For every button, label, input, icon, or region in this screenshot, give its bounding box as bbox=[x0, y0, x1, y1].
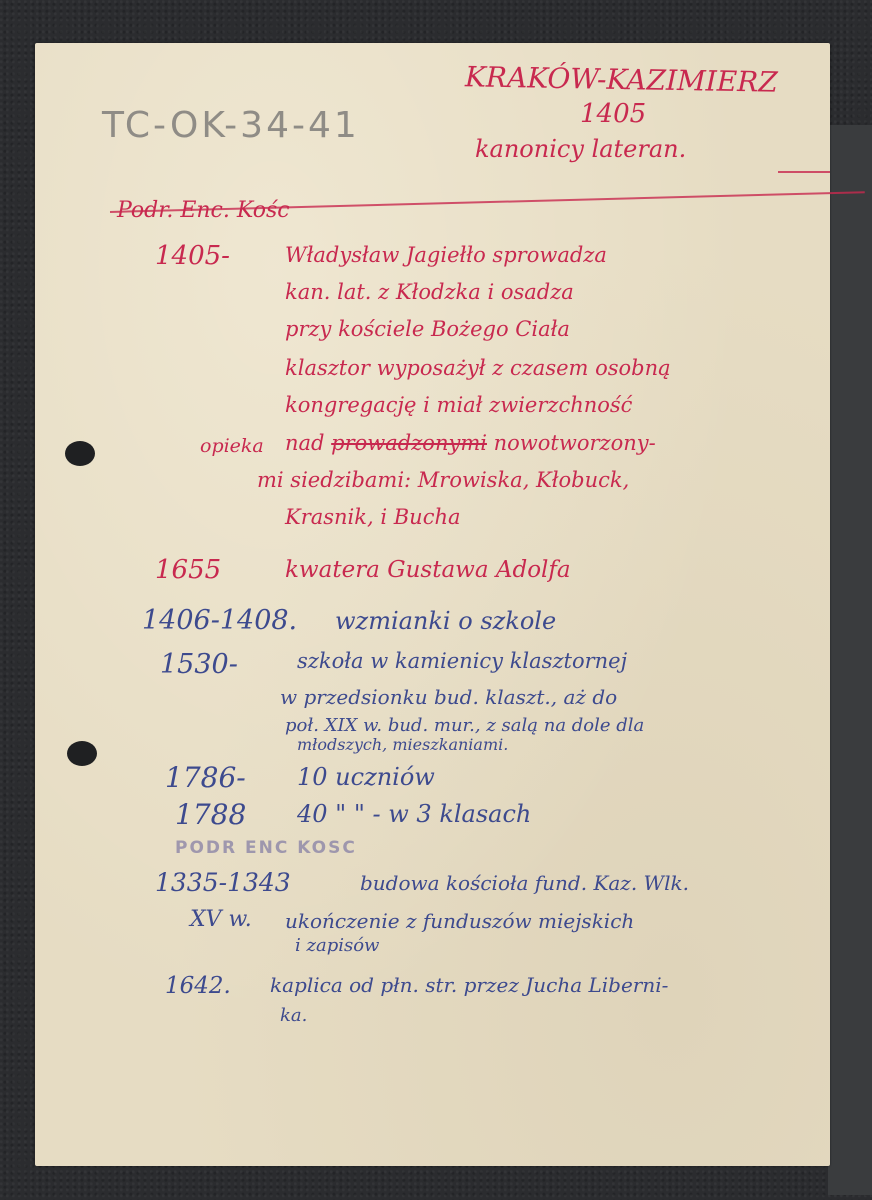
entry-year: 1406-1408. bbox=[142, 605, 297, 636]
entry-line: 40 " " - w 3 klasach bbox=[297, 800, 531, 828]
archive-signature: TC-OK-34-41 bbox=[102, 105, 360, 146]
entry-year: 1655 bbox=[155, 555, 221, 585]
entry-line: wzmianki o szkole bbox=[335, 607, 556, 635]
entry-line: kaplica od płn. str. przez Jucha Liberni… bbox=[270, 973, 668, 997]
margin-note: opieka bbox=[200, 435, 264, 457]
entry-line-with-strike: nad prowadzonymi nowotworzony- bbox=[285, 431, 656, 455]
entry-line: kwatera Gustawa Adolfa bbox=[285, 557, 571, 583]
entry-line: szkoła w kamienicy klasztornej bbox=[297, 649, 627, 673]
entry-line: ukończenie z funduszów miejskich bbox=[285, 909, 634, 933]
punch-hole-bottom bbox=[67, 741, 97, 766]
entry-year: XV w. bbox=[190, 907, 252, 932]
entry-line: poł. XIX w. bud. mur., z salą na dole dl… bbox=[285, 715, 644, 736]
source-reference: Podr. Enc. Kośc bbox=[117, 198, 290, 223]
entry-line: Władysław Jagiełło sprowadza bbox=[285, 243, 607, 267]
entry-line: i zapisów bbox=[295, 935, 379, 956]
punch-hole-top bbox=[65, 441, 95, 466]
entry-line: mi siedzibami: Mrowiska, Kłobuck, bbox=[257, 468, 629, 492]
struck-word: prowadzonymi bbox=[331, 431, 487, 455]
entry-line: budowa kościoła fund. Kaz. Wlk. bbox=[360, 871, 689, 895]
order-subtitle: kanonicy lateran. bbox=[475, 135, 686, 163]
entry-line: kongregację i miał zwierzchność bbox=[285, 393, 632, 417]
entry-line: ka. bbox=[280, 1005, 307, 1026]
place-title: KRAKÓW-KAZIMIERZ bbox=[465, 60, 778, 98]
entry-year: 1405- bbox=[155, 241, 230, 271]
entry-line: Krasnik, i Bucha bbox=[285, 505, 461, 529]
entry-year: 1786- bbox=[165, 761, 246, 794]
entry-year: 1642. bbox=[165, 973, 231, 999]
entry-year: 1335-1343 bbox=[155, 868, 291, 897]
entry-line: w przedsionku bud. klaszt., aż do bbox=[280, 685, 617, 709]
index-card: TC-OK-34-41 KRAKÓW-KAZIMIERZ 1405 kanoni… bbox=[35, 43, 830, 1166]
entry-line: kan. lat. z Kłodzka i osadza bbox=[285, 280, 574, 304]
founding-year: 1405 bbox=[580, 99, 646, 129]
entry-year: 1530- bbox=[160, 649, 238, 680]
library-stamp: PODR ENC KOSC bbox=[175, 838, 357, 858]
entry-year: 1788 bbox=[175, 798, 246, 831]
binder-edge bbox=[828, 125, 872, 1195]
entry-line: młodszych, mieszkaniami. bbox=[297, 735, 508, 754]
entry-line: klasztor wyposażył z czasem osobną bbox=[285, 356, 671, 380]
header-divider-tail bbox=[778, 171, 830, 173]
entry-line: przy kościele Bożego Ciała bbox=[285, 317, 570, 341]
entry-line: 10 uczniów bbox=[297, 763, 435, 791]
